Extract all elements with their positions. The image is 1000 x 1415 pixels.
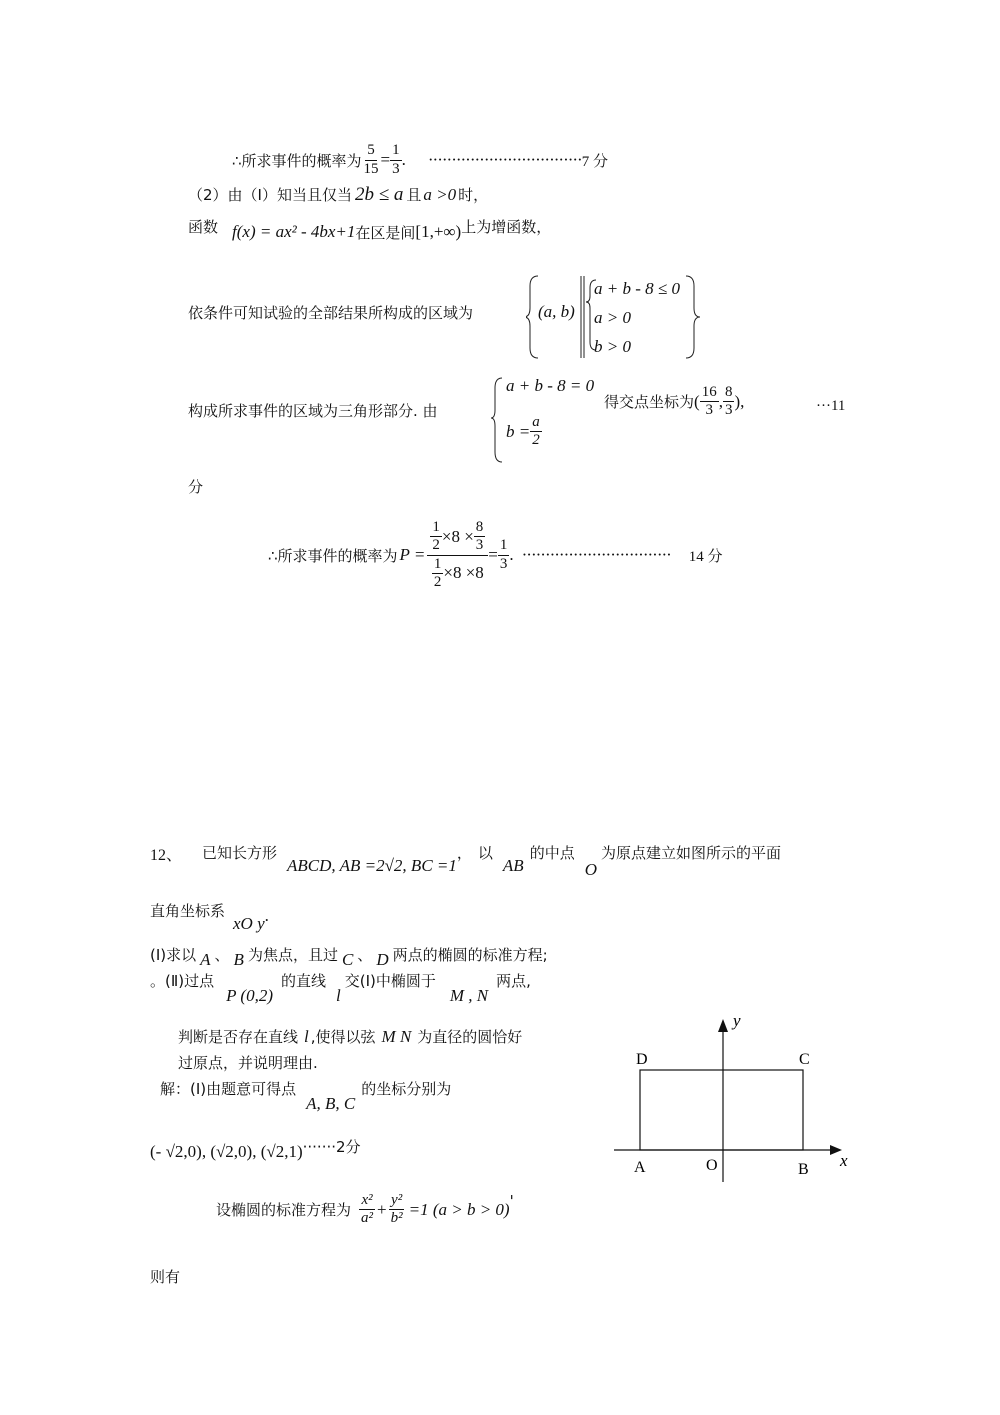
part2-line2: 函数 f(x) = ax² - 4bx+1 在区是间 [1,+∞) 上为增函数， — [188, 214, 551, 243]
score-11: ···11 — [816, 398, 845, 415]
fraction-1-3: 1 3 — [390, 142, 402, 178]
region-variable: (a, b) — [538, 302, 575, 322]
y-axis-arrow-icon — [718, 1019, 728, 1032]
question-1: (Ⅰ)求以 A 、 B 为焦点，且过 C 、 D 两点的椭圆的标准方程; — [150, 944, 548, 970]
probability-fraction: 12 ×8 × 83 12 ×8 ×8 — [427, 519, 488, 591]
question-2-line3: 过原点，并说明理由. — [178, 1052, 318, 1073]
score-2: ·······2分 — [303, 1136, 361, 1157]
problem12-line1: 12、 已知长方形 ABCD, AB =2√2, BC =1 ， 以 AB 的中… — [150, 842, 781, 880]
region-conditions: a + b - 8 ≤ 0 a > 0 b > 0 — [594, 274, 680, 361]
problem-number: 12、 — [150, 842, 182, 865]
label-a: A — [634, 1159, 646, 1176]
conclusion-text: ∴所求事件的概率为 — [232, 150, 362, 171]
probability-line: ∴所求事件的概率为 P = 12 ×8 × 83 12 ×8 ×8 = 13 .… — [268, 500, 723, 610]
then-text: 则有 — [150, 1266, 180, 1287]
region-line: 依条件可知试验的全部结果所构成的区域为 (a, b) a + b - 8 ≤ 0… — [188, 272, 708, 362]
label-x: x — [839, 1151, 848, 1170]
question-2: 。(Ⅱ)过点 P (0,2) 的直线 l 交(Ⅰ)中椭圆于 M , N 两点, — [150, 970, 531, 1006]
solution-line1: 解：(Ⅰ)由题意可得点 A, B, C 的坐标分别为 — [160, 1078, 451, 1114]
intersection-x: 16 3 — [700, 384, 719, 420]
label-c: C — [799, 1051, 810, 1068]
problem12-line2: 直角坐标系 xO y . — [150, 900, 269, 934]
score-11-unit: 分 — [188, 476, 203, 497]
label-o: O — [706, 1157, 718, 1174]
fraction-5-15: 5 15 — [362, 142, 381, 178]
label-d: D — [636, 1051, 648, 1068]
score-14: 14 分 — [689, 545, 723, 566]
system-brace — [490, 376, 504, 466]
label-y: y — [731, 1011, 741, 1030]
rectangle-coordinate-figure: D C A O B x y — [600, 1000, 860, 1190]
intersection-y: 8 3 — [723, 384, 735, 420]
question-2-line2: 判断是否存在直线 l ,使得以弦 M N 为直径的圆恰好 — [178, 1026, 522, 1047]
rectangle-abcd — [640, 1070, 803, 1150]
ellipse-line: 设椭圆的标准方程为 x²a² + y²b² =1 (a > b > 0) ' — [216, 1192, 514, 1228]
score-7: 7 分 — [582, 150, 608, 171]
coordinates-line: (- √2,0), (√2,0), (√2,1) ·······2分 — [150, 1136, 361, 1162]
triangle-line: 构成所求事件的区域为三角形部分. 由 a + b - 8 = 0 b = a 2… — [188, 376, 868, 466]
leader-dots: ································· — [428, 150, 582, 170]
label-b: B — [798, 1161, 809, 1178]
part2-line1: （2）由（Ⅰ）知当且仅当 2b ≤ a 且 a >0 时， — [188, 184, 488, 206]
part1-conclusion: ∴所求事件的概率为 5 15 = 1 3 . ·················… — [232, 140, 608, 180]
